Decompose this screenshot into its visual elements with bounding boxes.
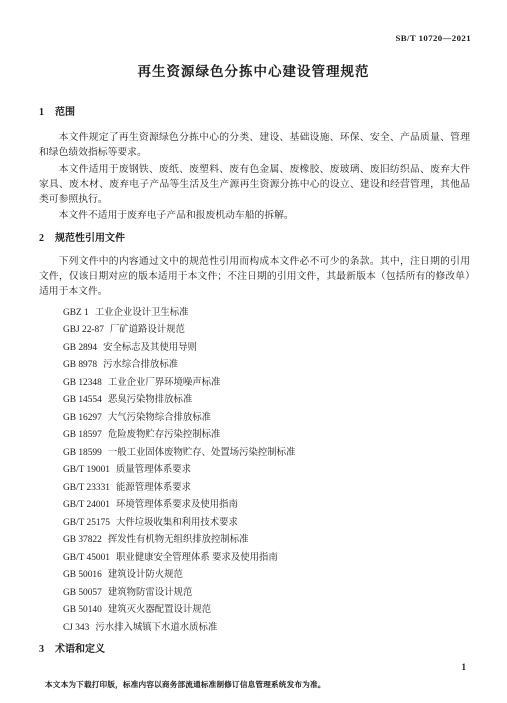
reference-code: CJ 343 [63,623,89,633]
reference-item: GB/T 23331能源管理体系要求 [39,480,470,498]
reference-title: 职业健康安全管理体系 要求及使用指南 [116,553,278,563]
reference-item: GB 37822挥发性有机物无组织排放控制标准 [39,532,470,550]
reference-code: GB 50057 [63,588,102,598]
reference-title: 大气污染物综合排放标准 [108,413,211,423]
reference-item: GBJ 22-87厂矿道路设计规范 [39,322,470,340]
reference-item: GB 18597危险废物贮存污染控制标准 [39,427,470,445]
document-page: SB/T 10720—2021 再生资源绿色分拣中心建设管理规范 1范围 本文件… [0,0,507,703]
reference-code: GB 18599 [63,448,102,458]
section-heading-scope: 1范围 [39,107,470,119]
reference-title: 质量管理体系要求 [116,465,191,475]
reference-title: 危险废物贮存污染控制标准 [108,430,221,440]
section-title: 规范性引用文件 [55,233,125,244]
reference-item: GB/T 25175大件垃圾收集和利用技术要求 [39,515,470,533]
reference-item: GB 18599一般工业固体废物贮存、处置场污染控制标准 [39,445,470,463]
scope-paragraph-1: 本文件规定了再生资源绿色分拣中心的分类、建设、基础设施、环保、安全、产品质量、管… [39,130,470,161]
section-heading-terms: 3术语和定义 [39,644,470,656]
reference-title: 厂矿道路设计规范 [110,325,185,335]
reference-item: GB 12348工业企业厂界环境噪声标准 [39,375,470,393]
reference-code: GB 18597 [63,430,102,440]
reference-code: GB 50140 [63,605,102,615]
reference-title: 建筑设计防火规范 [108,570,183,580]
reference-code: GB 37822 [63,535,102,545]
reference-code: GB 8978 [63,360,97,370]
reference-title: 建筑物防雷设计规范 [108,588,192,598]
reference-code: GB/T 24001 [63,500,110,510]
reference-title: 建筑灭火器配置设计规范 [108,605,211,615]
reference-title: 环境管理体系要求及使用指南 [116,500,238,510]
reference-item: GB 50016建筑设计防火规范 [39,567,470,585]
reference-title: 污水综合排放标准 [103,360,178,370]
page-number: 1 [462,662,467,672]
reference-title: 污水排入城镇下水道水质标准 [95,623,217,633]
reference-code: GB 2894 [63,343,97,353]
reference-title: 一般工业固体废物贮存、处置场污染控制标准 [108,448,296,458]
reference-item: GB 2894安全标志及其使用导则 [39,340,470,358]
reference-item: GB 14554恶臭污染物排放标准 [39,392,470,410]
scope-paragraph-3: 本文件不适用于废弃电子产品和报废机动车船的拆解。 [39,208,470,223]
reference-code: GB 14554 [63,395,102,405]
reference-item: GBZ 1工业企业设计卫生标准 [39,305,470,323]
section-number: 1 [39,107,44,119]
reference-title: 能源管理体系要求 [116,483,191,493]
reference-title: 挥发性有机物无组织排放控制标准 [108,535,249,545]
section-heading-normative-references: 2规范性引用文件 [39,233,470,245]
standard-code: SB/T 10720—2021 [396,33,472,43]
reference-title: 大件垃圾收集和利用技术要求 [116,518,238,528]
page-title: 再生资源绿色分拣中心建设管理规范 [0,60,507,80]
reference-code: GB/T 45001 [63,553,110,563]
reference-code: GB 50016 [63,570,102,580]
reference-title: 工业企业厂界环境噪声标准 [108,378,221,388]
section-number: 3 [39,644,44,656]
references-list: GBZ 1工业企业设计卫生标准 GBJ 22-87厂矿道路设计规范 GB 289… [39,305,470,638]
reference-title: 工业企业设计卫生标准 [95,308,189,318]
reference-item: GB/T 45001职业健康安全管理体系 要求及使用指南 [39,550,470,568]
reference-code: GB 12348 [63,378,102,388]
reference-title: 安全标志及其使用导则 [103,343,197,353]
references-intro-paragraph: 下列文件中的内容通过文中的规范性引用而构成本文件必不可少的条款。其中，注日期的引… [39,254,470,300]
reference-item: GB 16297大气污染物综合排放标准 [39,410,470,428]
reference-item: GB 8978污水综合排放标准 [39,357,470,375]
reference-code: GBJ 22-87 [63,325,104,335]
reference-code: GB/T 25175 [63,518,110,528]
reference-item: CJ 343污水排入城镇下水道水质标准 [39,620,470,638]
reference-item: GB 50140建筑灭火器配置设计规范 [39,602,470,620]
section-title: 术语和定义 [55,644,105,655]
document-body: 1范围 本文件规定了再生资源绿色分拣中心的分类、建设、基础设施、环保、安全、产品… [39,107,470,656]
reference-item: GB 50057建筑物防雷设计规范 [39,585,470,603]
reference-title: 恶臭污染物排放标准 [108,395,192,405]
footer-note: 本文本为下载打印版，标准内容以商务部流通标准制修订信息管理系统发布为准。 [45,679,326,690]
scope-paragraph-2: 本文件适用于废钢铁、废纸、废塑料、废有色金属、废橡胶、废玻璃、废旧纺织品、废弃大… [39,162,470,208]
reference-item: GB/T 19001质量管理体系要求 [39,462,470,480]
reference-code: GB/T 19001 [63,465,110,475]
reference-code: GB 16297 [63,413,102,423]
reference-code: GB/T 23331 [63,483,110,493]
section-title: 范围 [55,107,75,118]
reference-code: GBZ 1 [63,308,89,318]
section-number: 2 [39,233,44,245]
reference-item: GB/T 24001环境管理体系要求及使用指南 [39,497,470,515]
